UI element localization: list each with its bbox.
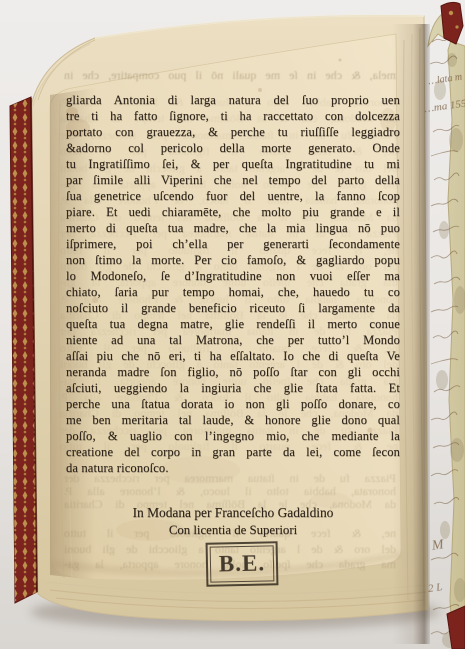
printed-text-line: non ſtimo la morte. Per cio famoſo, & ga… (66, 252, 400, 268)
printed-text-line: niente ad una tal Matrona, che per tutto… (66, 332, 400, 348)
printed-text-line: ſua genetrice uſcendo fuor del uentre, l… (66, 188, 400, 204)
printed-text-line: me ben meritaria tal laude, & honore gli… (66, 412, 400, 428)
binding-corner-top-right (441, 2, 463, 44)
show-through-top: mela, & che in ſe me quali nō il puo com… (64, 68, 396, 83)
printed-text-line: iſprimere, poi ch’ella per generarti ſec… (66, 236, 400, 252)
printed-text-line: lo Modoneſo, ſe d’Ingratitudine non vuoi… (66, 268, 400, 284)
printed-text-line: par ſimile alli Viperini che nel tempo d… (66, 172, 400, 188)
printed-text-line: merto di queſta tua madre, che la mia li… (66, 220, 400, 236)
printed-text-line: &adorno col pericolo della morte generat… (66, 140, 400, 156)
printed-text-line: noſciuto il grande beneficio riceuto ſi … (66, 300, 400, 316)
manuscript-leaf-shape (428, 10, 465, 649)
printed-text-line: da natura riconoſco. (66, 460, 400, 476)
printed-text-line: tre ti ha fatto ſignore, ti ha raccettat… (66, 108, 400, 124)
show-through-line: honorata, habbia tolto il luoco, & l’hon… (64, 485, 396, 498)
printed-text-line: piare. Et uedi chiaramēte, che molto piu… (66, 204, 400, 220)
printed-text-line: portato con grauezza, & perche tu riuſſi… (66, 124, 400, 140)
printed-text-line: tu Ingratiſſimo ſei, & per queſta Ingrat… (66, 156, 400, 172)
library-stamp-inner-border: B.E. (210, 545, 275, 582)
printed-text-line: poſſo, & uaglio con l’ingegno mio, che m… (66, 428, 400, 444)
printed-text-line: chiato, ſaria pur tempo homai, che, haue… (66, 284, 400, 300)
colophon-licence-line: Con licentia de Superiori (66, 523, 400, 538)
printed-text-line: aſciuti, ueggiendo la ingiuria che glie … (66, 380, 400, 396)
printed-text-line: queſta tua degna matre, glie rendeſſi il… (66, 316, 400, 332)
printed-text-line: neranda madre ſon figlio, nō poſſo ſtar … (66, 364, 400, 380)
printed-text-block: gliarda Antonia di larga natura del ſuo … (66, 92, 400, 476)
book-photograph: mela, & che in ſe me quali nō il puo com… (0, 0, 465, 649)
colophon-imprint-line: In Modana per Franceſcho Gadaldino (66, 505, 400, 521)
printed-text-line: perche una ſtatua dorata io non gli poſſ… (66, 396, 400, 412)
show-through-line: mela, & che in ſe me quali nō il puo com… (64, 68, 396, 83)
library-stamp-initials: B.E. (219, 551, 266, 578)
library-stamp: B.E. (206, 541, 279, 586)
printed-text-line: aſſai piu che nō eri, ti ha eſſaltato. I… (66, 348, 400, 364)
printed-text-line: gliarda Antonia di larga natura del ſuo … (66, 92, 400, 108)
printed-text-line: creatione del corpo in gran parte da lei… (66, 444, 400, 460)
